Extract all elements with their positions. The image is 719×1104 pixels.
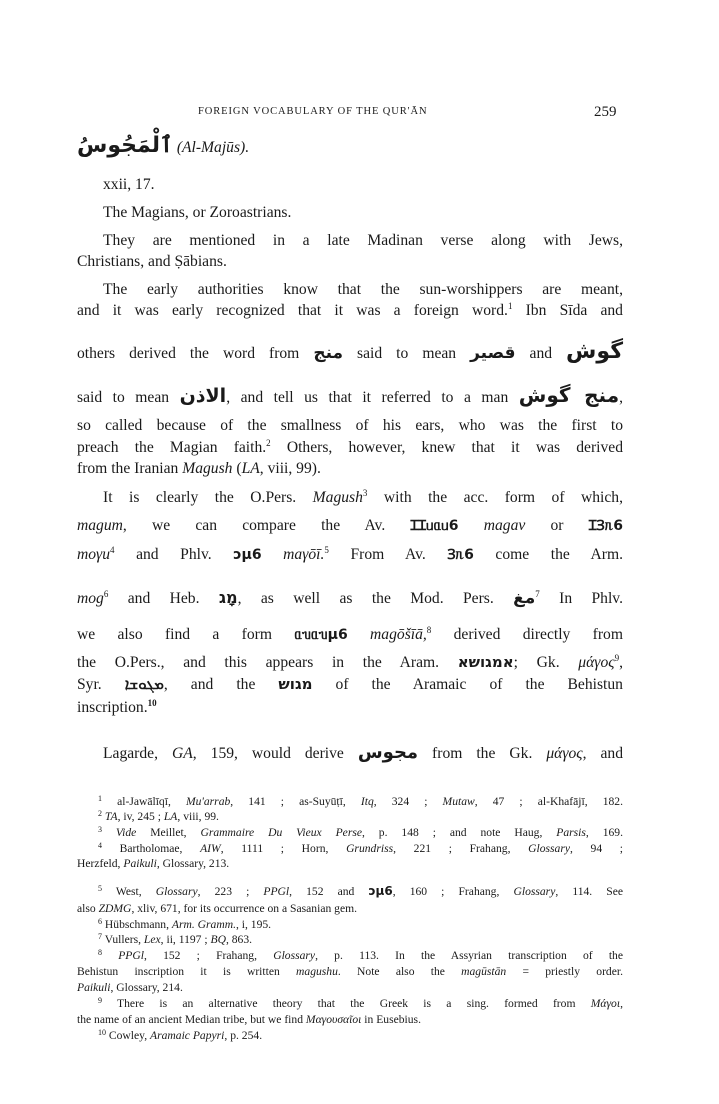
body-line: we also find a form ᥲᥔᥲᥔµ6 magōšīā,8 der…: [77, 627, 623, 643]
page-number: 259: [594, 104, 617, 121]
footnote: 3 Vide Meillet, Grammaire Du Vieux Perse…: [98, 827, 623, 839]
footnote: 8 PPGl, 152 ; Frahang, Glossary, p. 113.…: [98, 950, 623, 962]
body-line: mog6 and Heb. מָג, as well as the Mod. P…: [77, 590, 623, 607]
greek-word: μάγος: [578, 654, 614, 671]
body-line: The early authorities know that the sun-…: [103, 282, 623, 298]
body-line: from the Iranian Magush (LA, viii, 99).: [77, 461, 623, 477]
syriac-word: ܡܓܘܫܐ: [125, 675, 164, 693]
footnote: Behistun inscription it is written magus…: [77, 966, 623, 978]
footnote-ref: 10: [148, 698, 157, 708]
footnote: also ZDMG, xliv, 671, for its occurrence…: [77, 903, 623, 915]
arabic-headword: ٱلْمَجُوسُ: [77, 133, 173, 158]
body-line: magum, we can compare the Av. ꞮꞮᥙᥲᥙ6 mag…: [77, 518, 623, 534]
arabic-word: الاذن: [180, 385, 227, 407]
footnote: Herzfeld, Paikuli, Glossary, 213.: [77, 858, 623, 870]
footnote: 1 al-Jawālīqī, Mu'arrab, 141 ; as-Suyūṭī…: [98, 796, 623, 808]
body-line: preach the Magian faith.2 Others, howeve…: [77, 440, 623, 456]
greek-word: μάγος: [546, 745, 582, 762]
body-line: Syr. ܡܓܘܫܐ, and the מגוש of the Aramaic …: [77, 677, 623, 693]
footnote: Paikuli, Glossary, 214.: [77, 982, 623, 994]
body-line: It is clearly the O.Pers. Magush3 with t…: [103, 490, 623, 506]
arabic-word: مغ: [513, 588, 535, 608]
footnote: the name of an ancient Median tribe, but…: [77, 1014, 623, 1026]
avestan-word: Ɜᥰ6: [447, 547, 474, 563]
avestan-word: ꞮꞫᥰ6: [589, 518, 623, 534]
entry-reference: xxii, 17.: [103, 177, 623, 193]
body-line: said to mean الاذن, and tell us that it …: [77, 385, 623, 406]
aramaic-word: מגוש: [278, 675, 312, 693]
arabic-word: مجوس: [358, 742, 418, 763]
footnote: 4 Bartholomae, AIW, 1111 ; Horn, Grundri…: [98, 843, 623, 855]
transliteration: (Al-Majūs).: [177, 139, 249, 156]
footnote: 5 West, Glossary, 223 ; PPGl, 152 and ɔµ…: [98, 885, 623, 898]
body-line: inscription.10: [77, 700, 623, 716]
aramaic-word: אמגושא: [458, 653, 514, 671]
book-page: FOREIGN VOCABULARY OF THE QUR'ĀN 259 ٱلْ…: [0, 0, 719, 1104]
body-line: Christians, and Ṣābians.: [77, 254, 623, 270]
body-line: moγu4 and Phlv. ɔµ6 maγōī.5 From Av. Ɜᥰ6…: [77, 547, 623, 563]
avestan-word: ꞮꞮᥙᥲᥙ6: [410, 518, 458, 534]
arabic-word: قصير: [470, 343, 515, 363]
pahlavi-word: ᥲᥔᥲᥔµ6: [294, 627, 347, 643]
entry-gloss: The Magians, or Zoroastrians.: [103, 205, 623, 221]
hebrew-word: מָג: [219, 588, 238, 607]
entry-headword: ٱلْمَجُوسُ (Al-Majūs).: [77, 135, 623, 157]
footnote: 7 Vullers, Lex, ii, 1197 ; BQ, 863.: [98, 934, 623, 946]
pahlavi-word: ɔµ6: [368, 884, 392, 898]
arabic-word: منج گوش: [519, 383, 619, 407]
footnote: 6 Hübschmann, Arm. Gramm., i, 195.: [98, 919, 623, 931]
body-line: They are mentioned in a late Madinan ver…: [103, 233, 623, 249]
body-line: and it was early recognized that it was …: [77, 303, 623, 319]
body-line: Lagarde, GA, 159, would derive مجوس from…: [103, 744, 623, 762]
body-line: the O.Pers., and this appears in the Ara…: [77, 655, 623, 671]
footnote: 9 There is an alternative theory that th…: [98, 998, 623, 1010]
body-line: so called because of the smallness of hi…: [77, 418, 623, 434]
pahlavi-word: ɔµ6: [233, 547, 261, 563]
body-line: others derived the word from منج said to…: [77, 341, 623, 363]
footnote: 2 TA, iv, 245 ; LA, viii, 99.: [98, 811, 623, 823]
arabic-word: گوش: [566, 339, 623, 364]
footnote: 10 Cowley, Aramaic Papyri, p. 254.: [98, 1030, 623, 1042]
running-title: FOREIGN VOCABULARY OF THE QUR'ĀN: [198, 106, 518, 117]
arabic-word: منج: [313, 343, 343, 363]
